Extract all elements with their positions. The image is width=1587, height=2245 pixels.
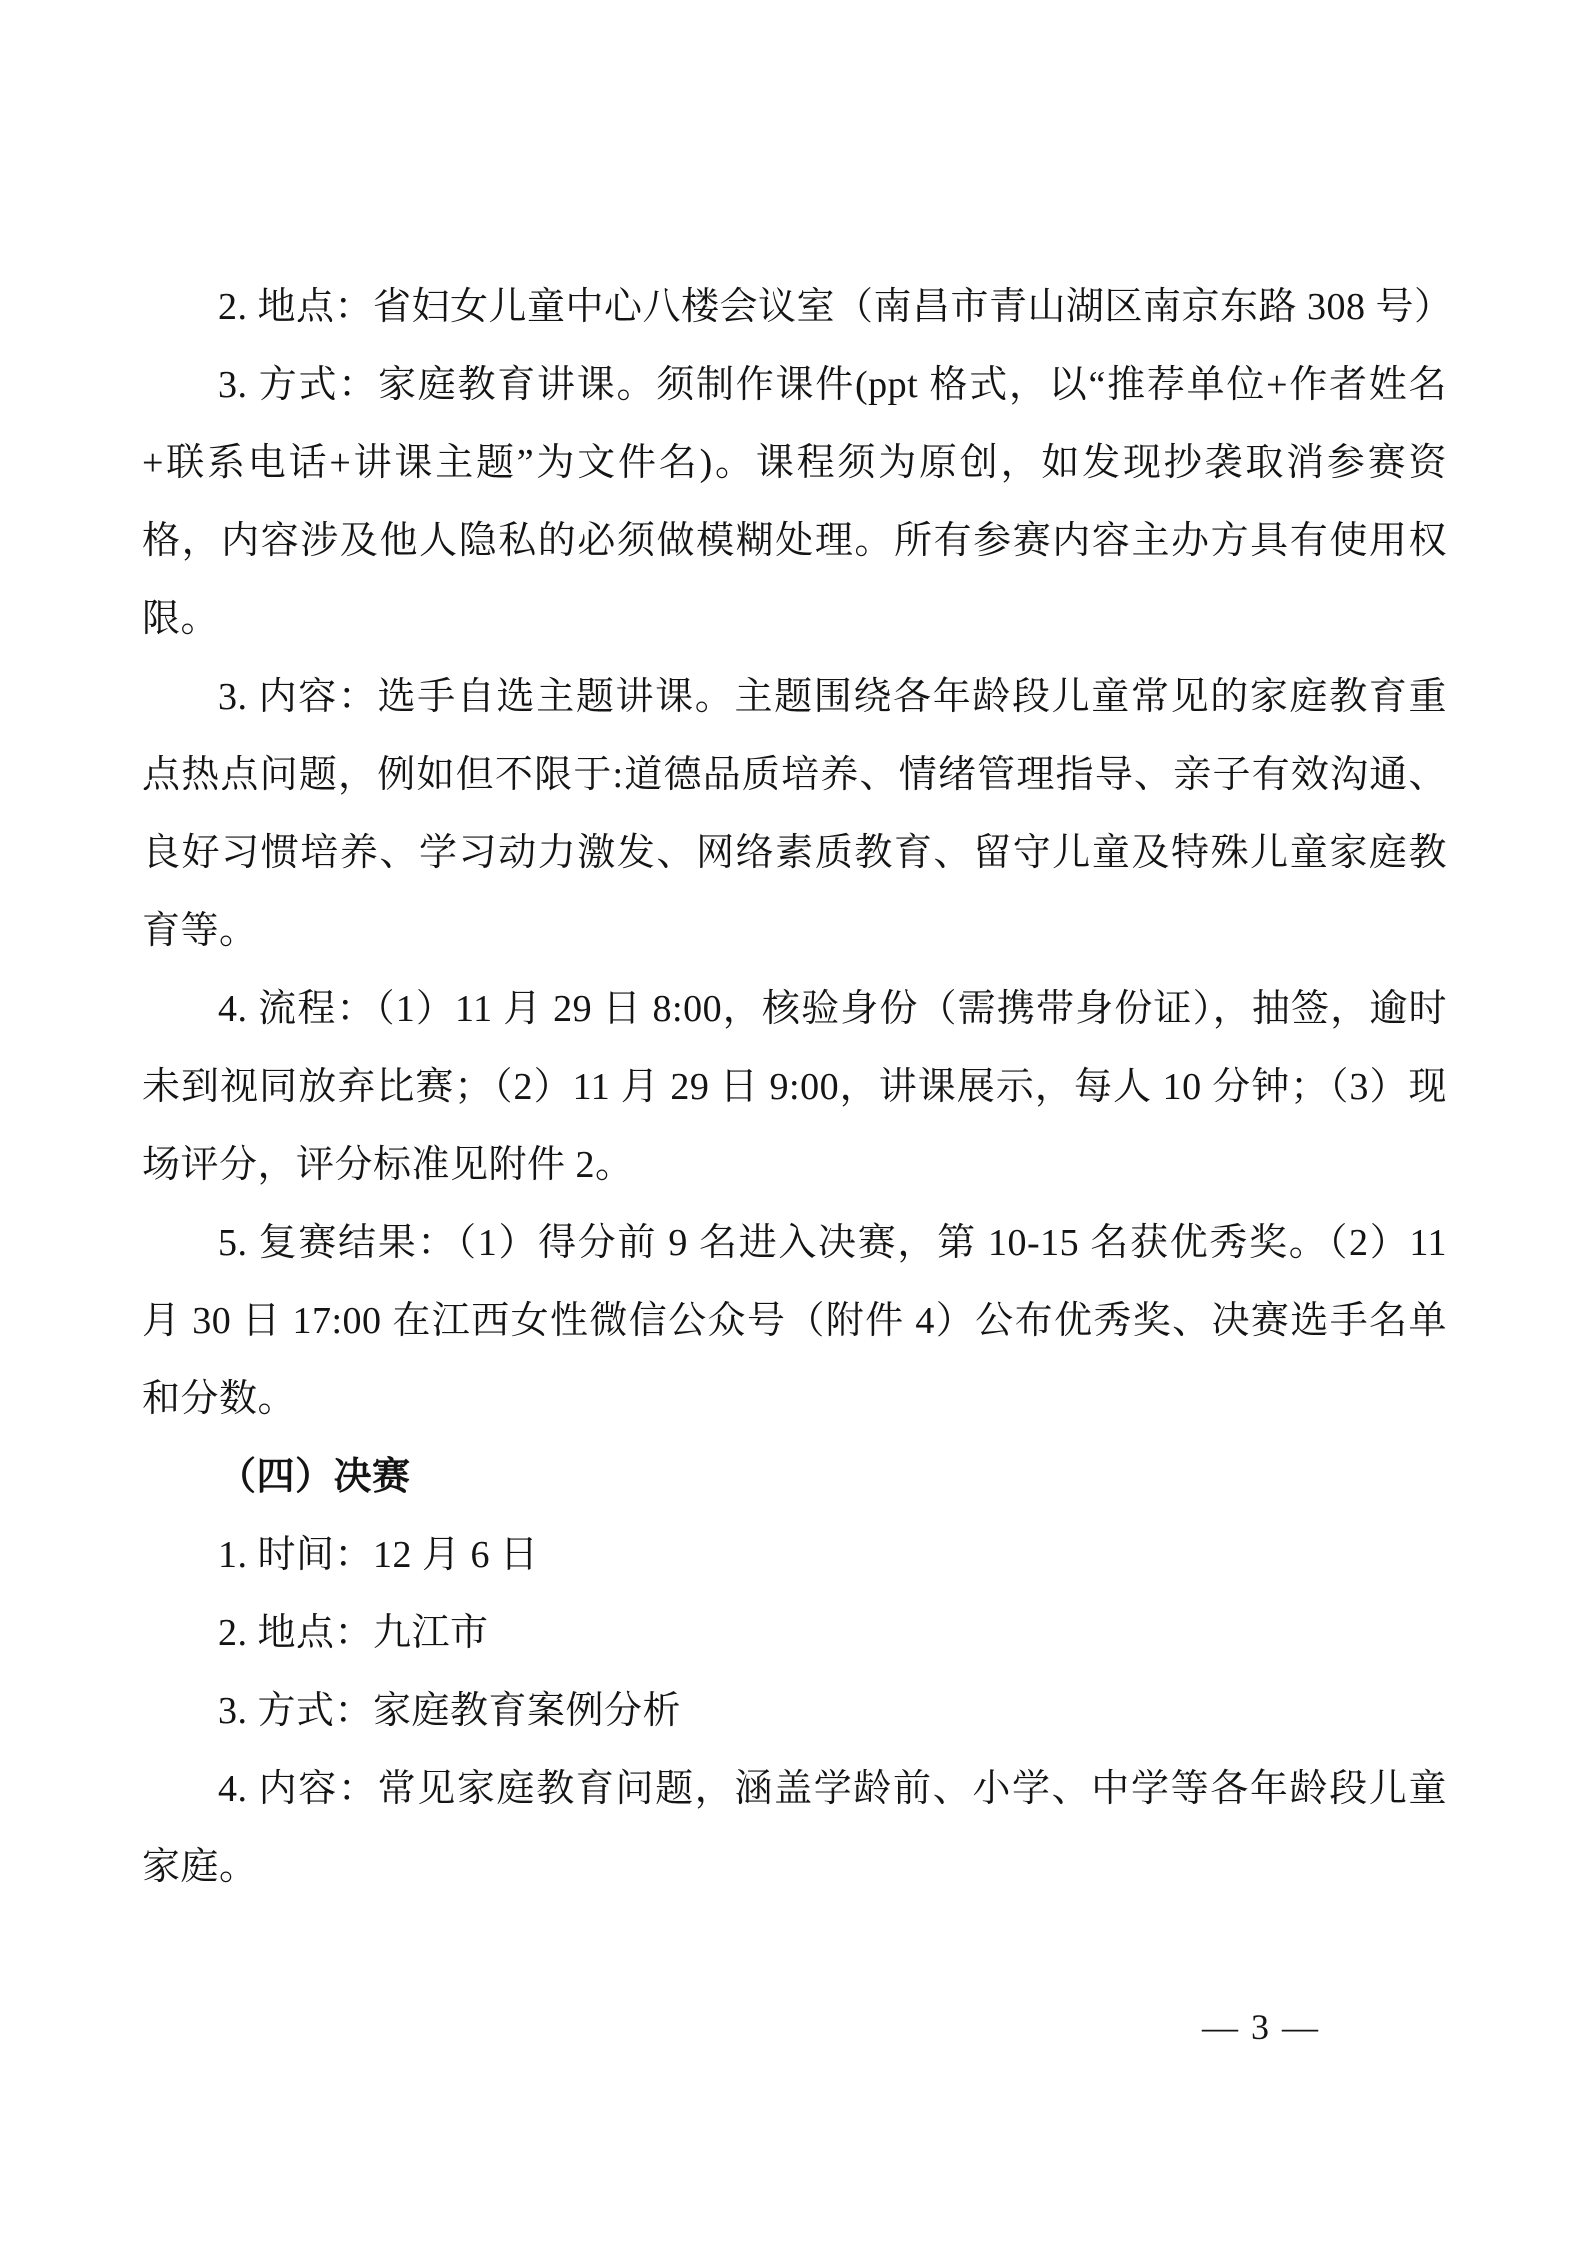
page-number: — 3 — [1202,2002,1320,2052]
paragraph-content-final: 4. 内容：常见家庭教育问题，涵盖学龄前、小学、中学等各年龄段儿童家庭。 [142,1750,1447,1906]
section-heading-final: （四）决赛 [142,1438,1447,1516]
document-page: 2. 地点：省妇女儿童中心八楼会议室（南昌市青山湖区南京东路 308 号） 3.… [0,0,1587,2245]
paragraph-process-semifinal: 4. 流程：（1）11 月 29 日 8:00，核验身份（需携带身份证），抽签，… [142,970,1447,1204]
paragraph-method-semifinal: 3. 方式：家庭教育讲课。须制作课件(ppt 格式，以“推荐单位+作者姓名+联系… [142,346,1447,658]
paragraph-location-semifinal: 2. 地点：省妇女儿童中心八楼会议室（南昌市青山湖区南京东路 308 号） [142,268,1447,346]
paragraph-method-final: 3. 方式：家庭教育案例分析 [142,1672,1447,1750]
paragraph-time-final: 1. 时间：12 月 6 日 [142,1516,1447,1594]
document-body: 2. 地点：省妇女儿童中心八楼会议室（南昌市青山湖区南京东路 308 号） 3.… [142,268,1447,1906]
paragraph-location-final: 2. 地点：九江市 [142,1594,1447,1672]
paragraph-content-semifinal: 3. 内容：选手自选主题讲课。主题围绕各年龄段儿童常见的家庭教育重点热点问题，例… [142,658,1447,970]
paragraph-results-semifinal: 5. 复赛结果：（1）得分前 9 名进入决赛，第 10-15 名获优秀奖。（2）… [142,1204,1447,1438]
